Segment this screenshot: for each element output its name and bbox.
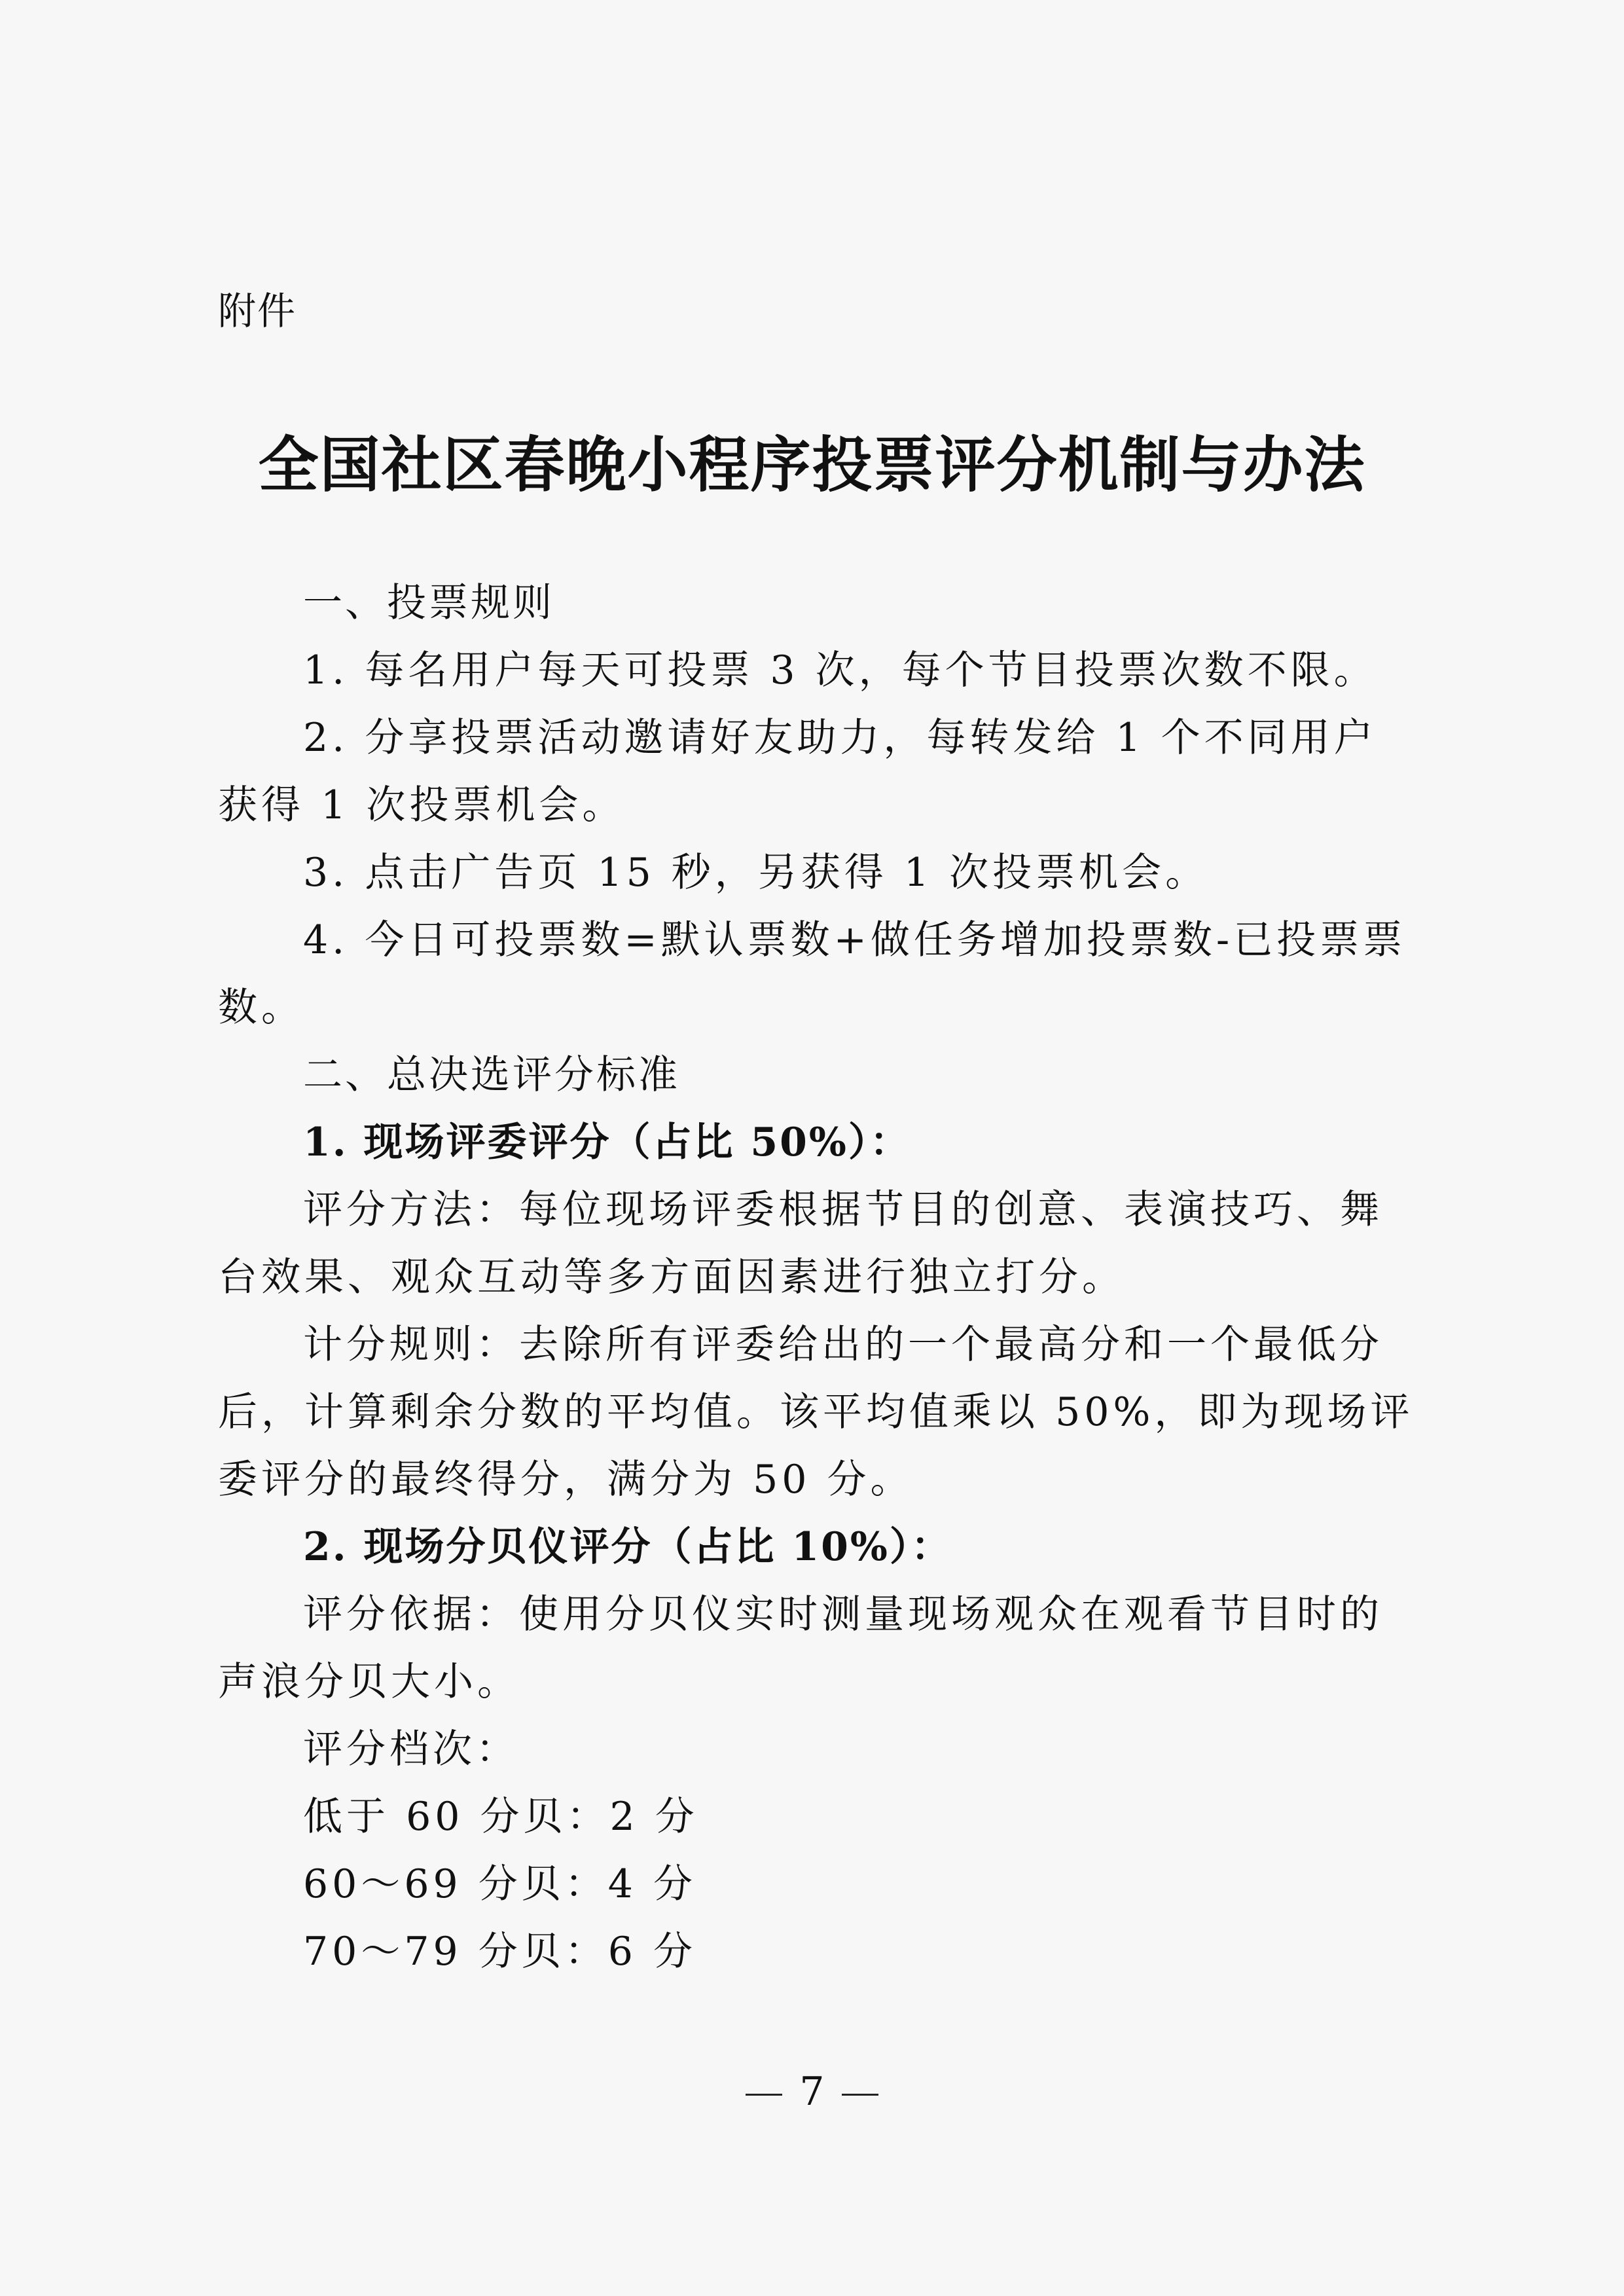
paragraph-decibel-levels-label: 评分档次： (218, 1716, 1416, 1783)
paragraph-judge-method: 评分方法：每位现场评委根据节目的创意、表演技巧、舞台效果、观众互动等多方面因素进… (218, 1176, 1416, 1311)
subheading-decibel-scoring: 2. 现场分贝仪评分（占比 10%）： (218, 1514, 1416, 1581)
paragraph-rule-2: 2. 分享投票活动邀请好友助力，每转发给 1 个不同用户获得 1 次投票机会。 (218, 704, 1416, 839)
subheading-judge-scoring: 1. 现场评委评分（占比 50%）： (218, 1109, 1416, 1176)
paragraph-decibel-basis: 评分依据：使用分贝仪实时测量现场观众在观看节目时的声浪分贝大小。 (218, 1581, 1416, 1716)
paragraph-decibel-level-2: 60～69 分贝：4 分 (218, 1851, 1416, 1918)
document-body: 一、投票规则 1. 每名用户每天可投票 3 次，每个节目投票次数不限。 2. 分… (218, 570, 1416, 1986)
attachment-label: 附件 (218, 288, 297, 334)
paragraph-decibel-level-3: 70～79 分贝：6 分 (218, 1918, 1416, 1986)
paragraph-rule-1: 1. 每名用户每天可投票 3 次，每个节目投票次数不限。 (218, 637, 1416, 704)
section-heading-voting-rules: 一、投票规则 (218, 570, 1416, 637)
page-number: 7 (0, 2066, 1624, 2118)
document-page: 附件 全国社区春晚小程序投票评分机制与办法 一、投票规则 1. 每名用户每天可投… (0, 0, 1624, 2296)
page-number-value: 7 (799, 2069, 824, 2115)
section-heading-scoring-criteria: 二、总决选评分标准 (218, 1042, 1416, 1109)
paragraph-decibel-level-1: 低于 60 分贝：2 分 (218, 1783, 1416, 1851)
page-number-dash-left (746, 2094, 782, 2096)
page-number-dash-right (842, 2094, 878, 2096)
paragraph-rule-3: 3. 点击广告页 15 秒，另获得 1 次投票机会。 (218, 839, 1416, 907)
document-title: 全国社区春晚小程序投票评分机制与办法 (0, 426, 1624, 504)
paragraph-judge-rule: 计分规则：去除所有评委给出的一个最高分和一个最低分后，计算剩余分数的平均值。该平… (218, 1311, 1416, 1514)
paragraph-rule-4: 4. 今日可投票数=默认票数+做任务增加投票数-已投票票数。 (218, 907, 1416, 1042)
